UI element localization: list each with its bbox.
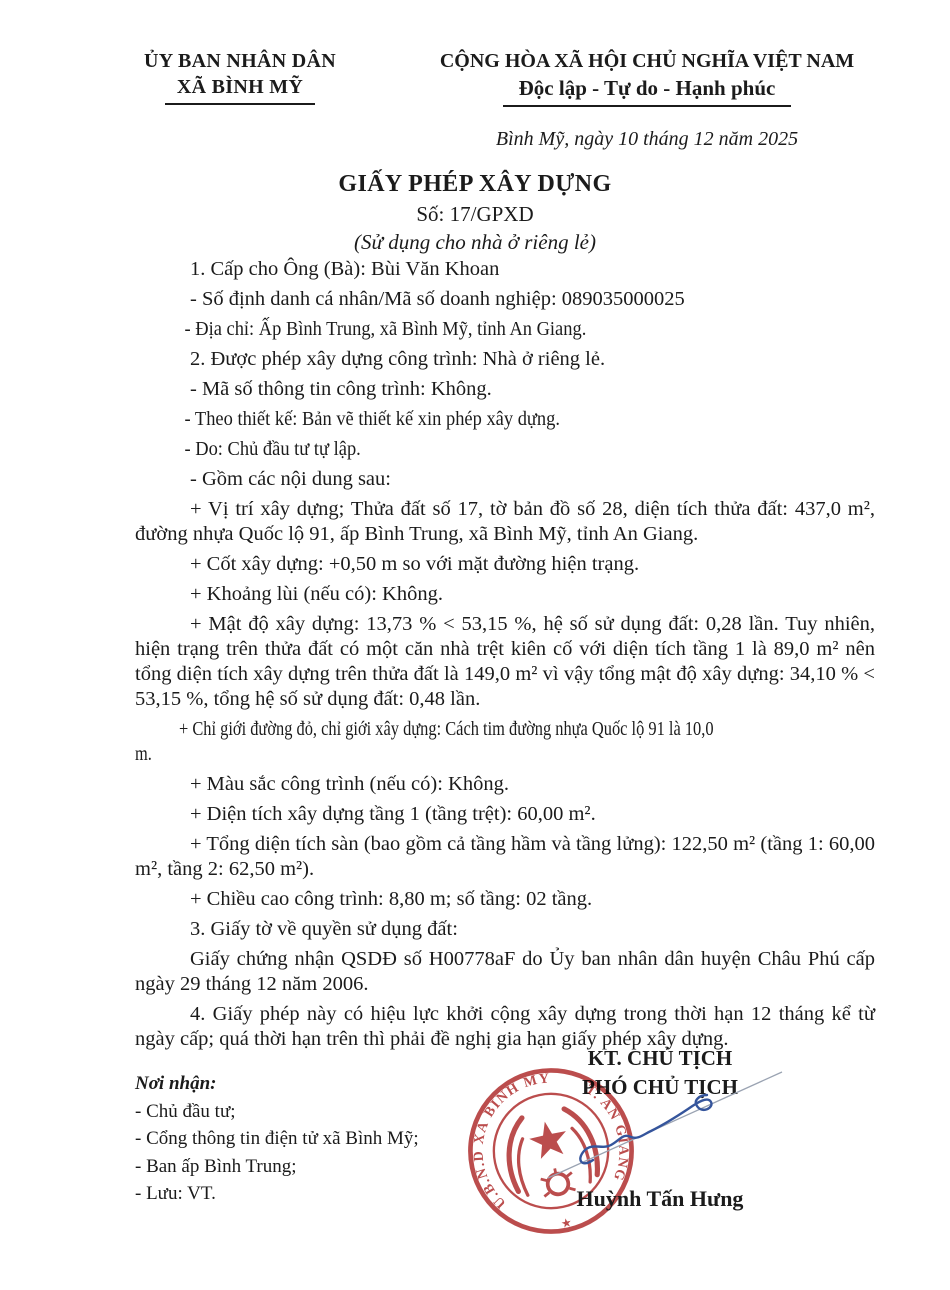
title-block: GIẤY PHÉP XÂY DỰNG Số: 17/GPXD (Sử dụng … xyxy=(0,170,950,256)
body-paragraph: + Tổng diện tích sàn (bao gồm cả tầng hầ… xyxy=(135,832,875,882)
recipients-block: Nơi nhận: - Chủ đầu tư;- Cổng thông tin … xyxy=(135,1070,419,1208)
recipients-list: - Chủ đầu tư;- Cổng thông tin điện tử xã… xyxy=(135,1098,419,1208)
recipient-item: - Ban ấp Bình Trung; xyxy=(135,1153,419,1181)
body-paragraph: + Khoảng lùi (nếu có): Không. xyxy=(135,582,875,607)
body-paragraph: - Địa chỉ: Ấp Bình Trung, xã Bình Mỹ, tỉ… xyxy=(135,317,801,342)
body-paragraph: - Do: Chủ đầu tư tự lập. xyxy=(135,437,801,462)
body-paragraph: + Diện tích xây dựng tầng 1 (tầng trệt):… xyxy=(135,802,875,827)
body-paragraph: + Chỉ giới đường đỏ, chỉ giới xây dựng: … xyxy=(135,717,727,767)
recipient-item: - Lưu: VT. xyxy=(135,1180,419,1208)
body-paragraph: + Chiều cao công trình: 8,80 m; số tầng:… xyxy=(135,887,875,912)
signature-stroke xyxy=(580,1095,711,1163)
handwritten-signature xyxy=(430,1050,950,1195)
document-body: 1. Cấp cho Ông (Bà): Bùi Văn Khoan- Số đ… xyxy=(135,257,875,1057)
body-paragraph: - Số định danh cá nhân/Mã số doanh nghiệ… xyxy=(135,287,875,312)
body-paragraph: - Gồm các nội dung sau: xyxy=(135,467,875,492)
body-paragraph: + Mật độ xây dựng: 13,73 % < 53,15 %, hệ… xyxy=(135,612,875,712)
body-paragraph: 3. Giấy tờ về quyền sử dụng đất: xyxy=(135,917,875,942)
motto-underline xyxy=(503,105,791,107)
issuing-authority-block: ỦY BAN NHÂN DÂN XÃ BÌNH MỸ xyxy=(110,48,370,105)
republic-line: CỘNG HÒA XÃ HỘI CHỦ NGHĨA VIỆT NAM xyxy=(392,48,902,75)
body-paragraph: + Vị trí xây dựng; Thửa đất số 17, tờ bả… xyxy=(135,497,875,547)
recipients-label: Nơi nhận: xyxy=(135,1070,419,1098)
signer-name: Huỳnh Tấn Hưng xyxy=(500,1186,820,1212)
recipient-item: - Cổng thông tin điện tử xã Bình Mỹ; xyxy=(135,1125,419,1153)
national-motto-block: CỘNG HÒA XÃ HỘI CHỦ NGHĨA VIỆT NAM Độc l… xyxy=(392,48,902,107)
body-paragraph: - Mã số thông tin công trình: Không. xyxy=(135,377,875,402)
authority-underline xyxy=(165,103,315,105)
document-page: ỦY BAN NHÂN DÂN XÃ BÌNH MỸ CỘNG HÒA XÃ H… xyxy=(0,0,950,1290)
document-number: Số: 17/GPXD xyxy=(0,200,950,228)
place-date-line: Bình Mỹ, ngày 10 tháng 12 năm 2025 xyxy=(392,128,902,151)
body-paragraph: 1. Cấp cho Ông (Bà): Bùi Văn Khoan xyxy=(135,257,875,282)
body-paragraph: - Theo thiết kế: Bản vẽ thiết kế xin phé… xyxy=(135,407,801,432)
body-paragraph: Giấy chứng nhận QSDĐ số H00778aF do Ủy b… xyxy=(135,947,875,997)
motto-line: Độc lập - Tự do - Hạnh phúc xyxy=(392,75,902,102)
body-paragraph: 2. Được phép xây dựng công trình: Nhà ở … xyxy=(135,347,875,372)
authority-line1: ỦY BAN NHÂN DÂN xyxy=(110,48,370,74)
body-paragraph: + Cốt xây dựng: +0,50 m so với mặt đường… xyxy=(135,552,875,577)
recipient-item: - Chủ đầu tư; xyxy=(135,1098,419,1126)
document-subtitle: (Sử dụng cho nhà ở riêng lẻ) xyxy=(0,228,950,256)
seal-star-icon: ★ xyxy=(560,1215,574,1231)
authority-line2: XÃ BÌNH MỸ xyxy=(110,74,370,100)
body-paragraph: + Màu sắc công trình (nếu có): Không. xyxy=(135,772,875,797)
document-title: GIẤY PHÉP XÂY DỰNG xyxy=(0,170,950,198)
